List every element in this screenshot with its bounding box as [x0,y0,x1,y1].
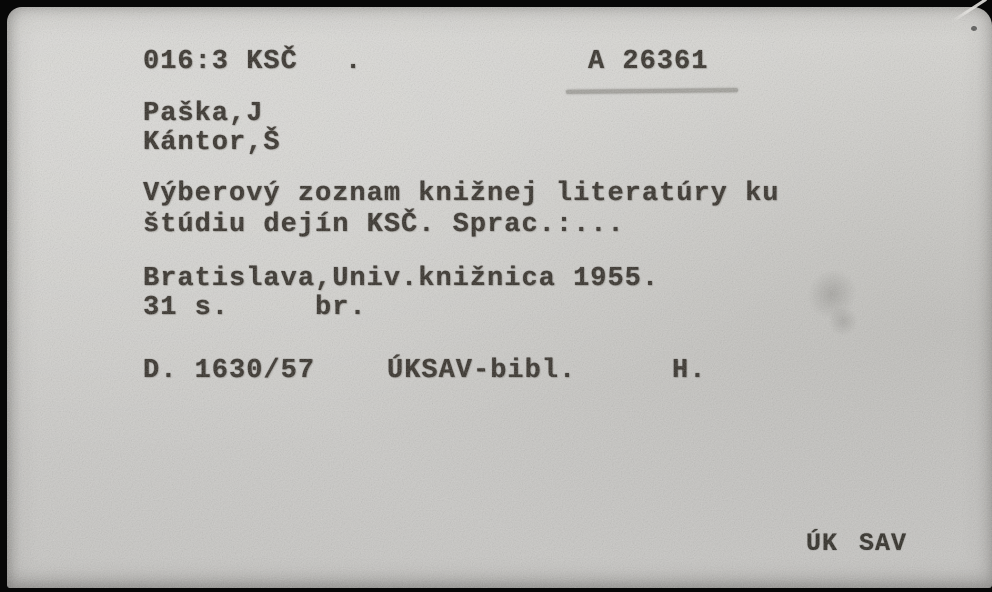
collation-line: 31 s. br. [143,295,367,322]
cataloguer-initial: H. [672,358,706,385]
author-line: Kántor,Š [143,130,281,157]
paper-smudge [828,306,858,336]
library-code: ÚKSAV-bibl. [387,358,576,385]
title-line: štúdiu dejín KSČ. Sprac.:... [143,212,625,239]
imprint-line: Bratislava,Univ.knižnica 1955. [143,266,659,293]
library-stamp: ÚK SAV [806,531,907,556]
title-line: Výberový zoznam knižnej literatúry ku [143,181,780,208]
record-number: D. 1630/57 [143,358,315,385]
author-line: Paška,J [143,101,263,128]
catalog-card-scan: 016:3 KSČ . A 26361 Paška,J Kántor,Š Výb… [0,0,992,592]
call-number: 016:3 KSČ [143,49,298,76]
call-number-dot: . [345,49,362,76]
paper-speck [971,26,977,31]
accession-number: A 26361 [588,49,708,76]
